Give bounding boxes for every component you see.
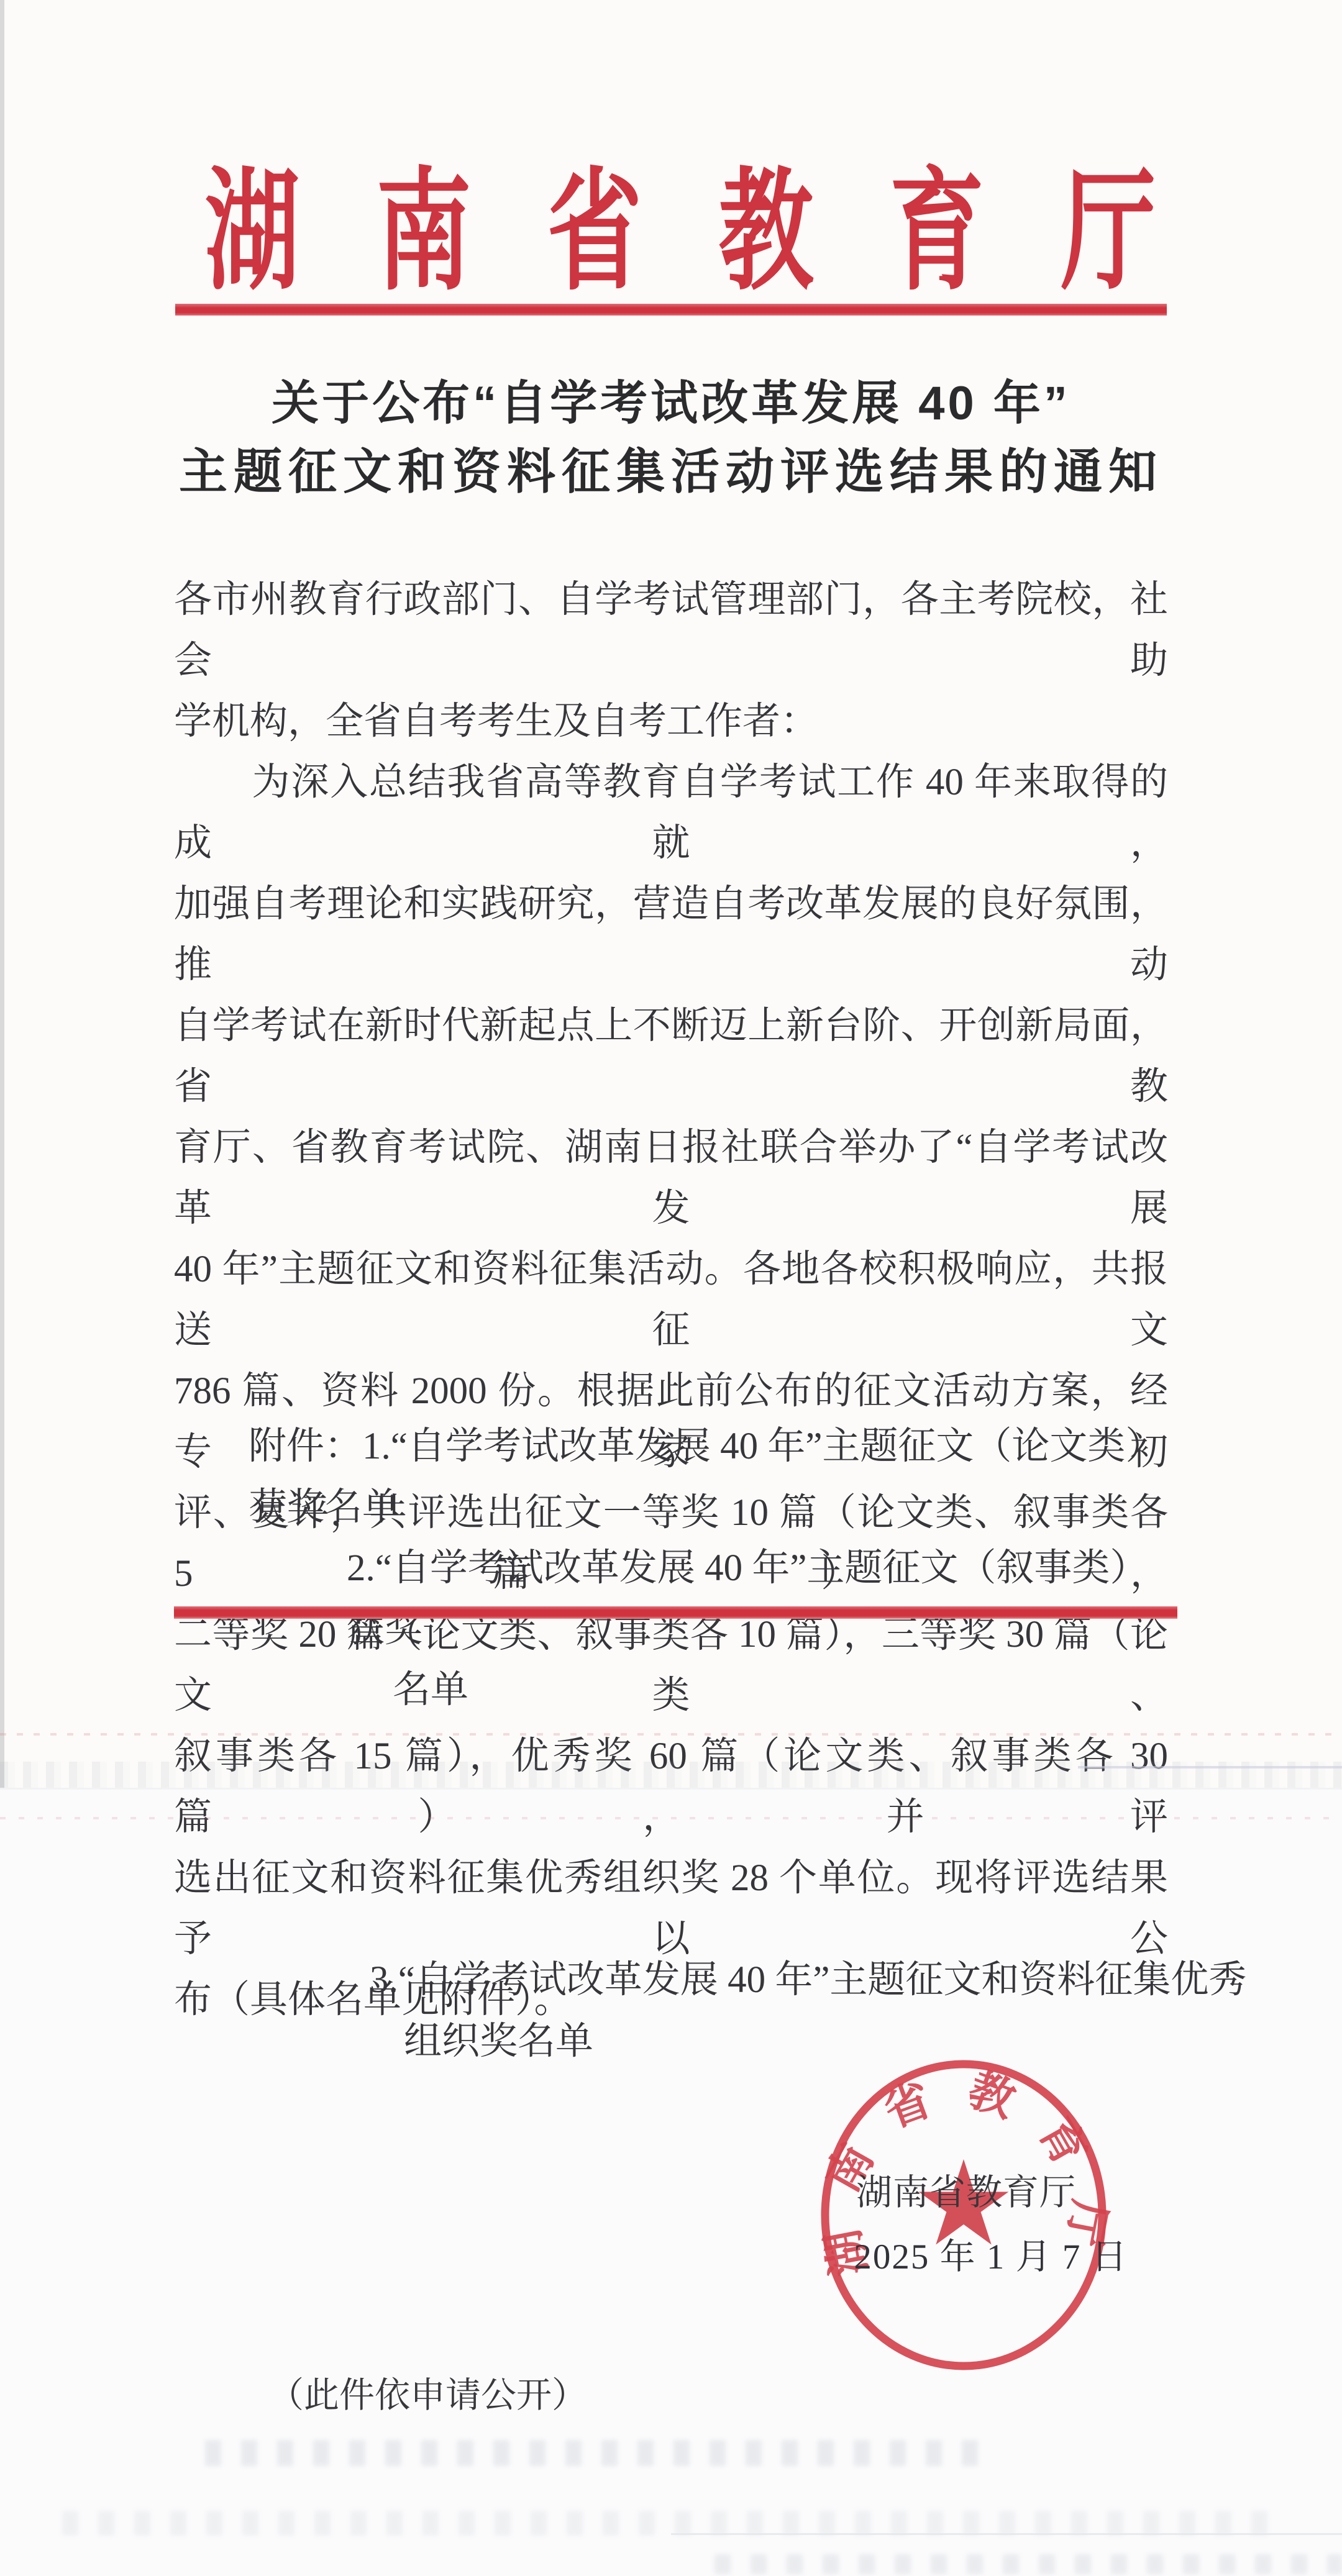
notice-title: 关于公布“自学考试改革发展 40 年” 主题征文和资料征集活动评选结果的通知 bbox=[0, 371, 1342, 506]
body-line: 自学考试在新时代新起点上不断迈上新台阶、开创新局面，省教 bbox=[174, 996, 1168, 1117]
body-line: 育厅、省教育考试院、湖南日报社联合举办了“自学考试改革发展 bbox=[174, 1117, 1168, 1239]
notice-title-line1: 关于公布“自学考试改革发展 40 年” bbox=[0, 371, 1342, 437]
bleedthrough-ghost-text bbox=[205, 2440, 982, 2466]
agency-char: 湖 bbox=[205, 157, 300, 309]
letterhead-red-rule bbox=[175, 304, 1167, 316]
notice-body: 各市州教育行政部门、自学考试管理部门，各主考院校，社会助 学机构，全省自考考生及… bbox=[174, 570, 1168, 2031]
attachment-list: 附件：1.“自学考试改革发展 40 年”主题征文（论文类）获奖名单 2.“自学考… bbox=[249, 1416, 1174, 1721]
body-line: 各市州教育行政部门、自学考试管理部门，各主考院校，社会助 bbox=[174, 570, 1168, 691]
agency-char: 省 bbox=[547, 157, 642, 309]
body-line: 加强自考理论和实践研究，营造自考改革发展的良好氛围，推动 bbox=[174, 874, 1168, 996]
bleedthrough-ghost-text bbox=[62, 2511, 1280, 2536]
attachment-item-3-line1: 3.“自学考试改革发展 40 年”主题征文和资料征集优秀 bbox=[370, 1949, 1271, 2011]
attachment-item-2-wrap: 名单 bbox=[249, 1660, 1174, 1721]
scanned-document: { "document": { "agency": "湖南省教育厅", "tit… bbox=[0, 0, 1342, 2576]
scan-artifact-line bbox=[671, 2533, 1342, 2535]
body-line: 学机构，全省自考考生及自考工作者： bbox=[174, 691, 1168, 752]
official-seal: 湖南省教育厅 bbox=[801, 2044, 1131, 2392]
footer-red-rule bbox=[174, 1606, 1177, 1619]
agency-char: 南 bbox=[376, 157, 471, 309]
issue-date: 2025 年 1 月 7 日 bbox=[808, 2235, 1174, 2280]
bleedthrough-ghost-text bbox=[714, 2554, 1342, 2574]
page-seam-line bbox=[1078, 1766, 1342, 1768]
agency-char: 厅 bbox=[1061, 157, 1156, 309]
page1-left-edge-shadow bbox=[0, 0, 4, 1788]
scan-artifact-dotted-line bbox=[0, 1817, 1342, 1819]
disclosure-note: （此件依申请公开） bbox=[268, 2368, 587, 2424]
body-line: 为深入总结我省高等教育自学考试工作 40 年来取得的成就， bbox=[174, 752, 1168, 874]
scan-artifact-dotted-line bbox=[0, 1733, 1342, 1736]
notice-title-line2: 主题征文和资料征集活动评选结果的通知 bbox=[0, 437, 1342, 506]
body-line: 40 年”主题征文和资料征集活动。各地各校积极响应，共报送征文 bbox=[174, 1239, 1168, 1361]
issuer-signature: 湖南省教育厅 bbox=[795, 2170, 1137, 2215]
agency-title: 湖南省教育厅 bbox=[186, 157, 1174, 309]
agency-char: 教 bbox=[718, 157, 813, 309]
agency-char: 育 bbox=[890, 157, 985, 309]
attachment-item-1: 附件：1.“自学考试改革发展 40 年”主题征文（论文类）获奖名单 bbox=[249, 1416, 1174, 1538]
attachment-item-2: 2.“自学考试改革发展 40 年”主题征文（叙事类）获奖 bbox=[249, 1538, 1174, 1660]
